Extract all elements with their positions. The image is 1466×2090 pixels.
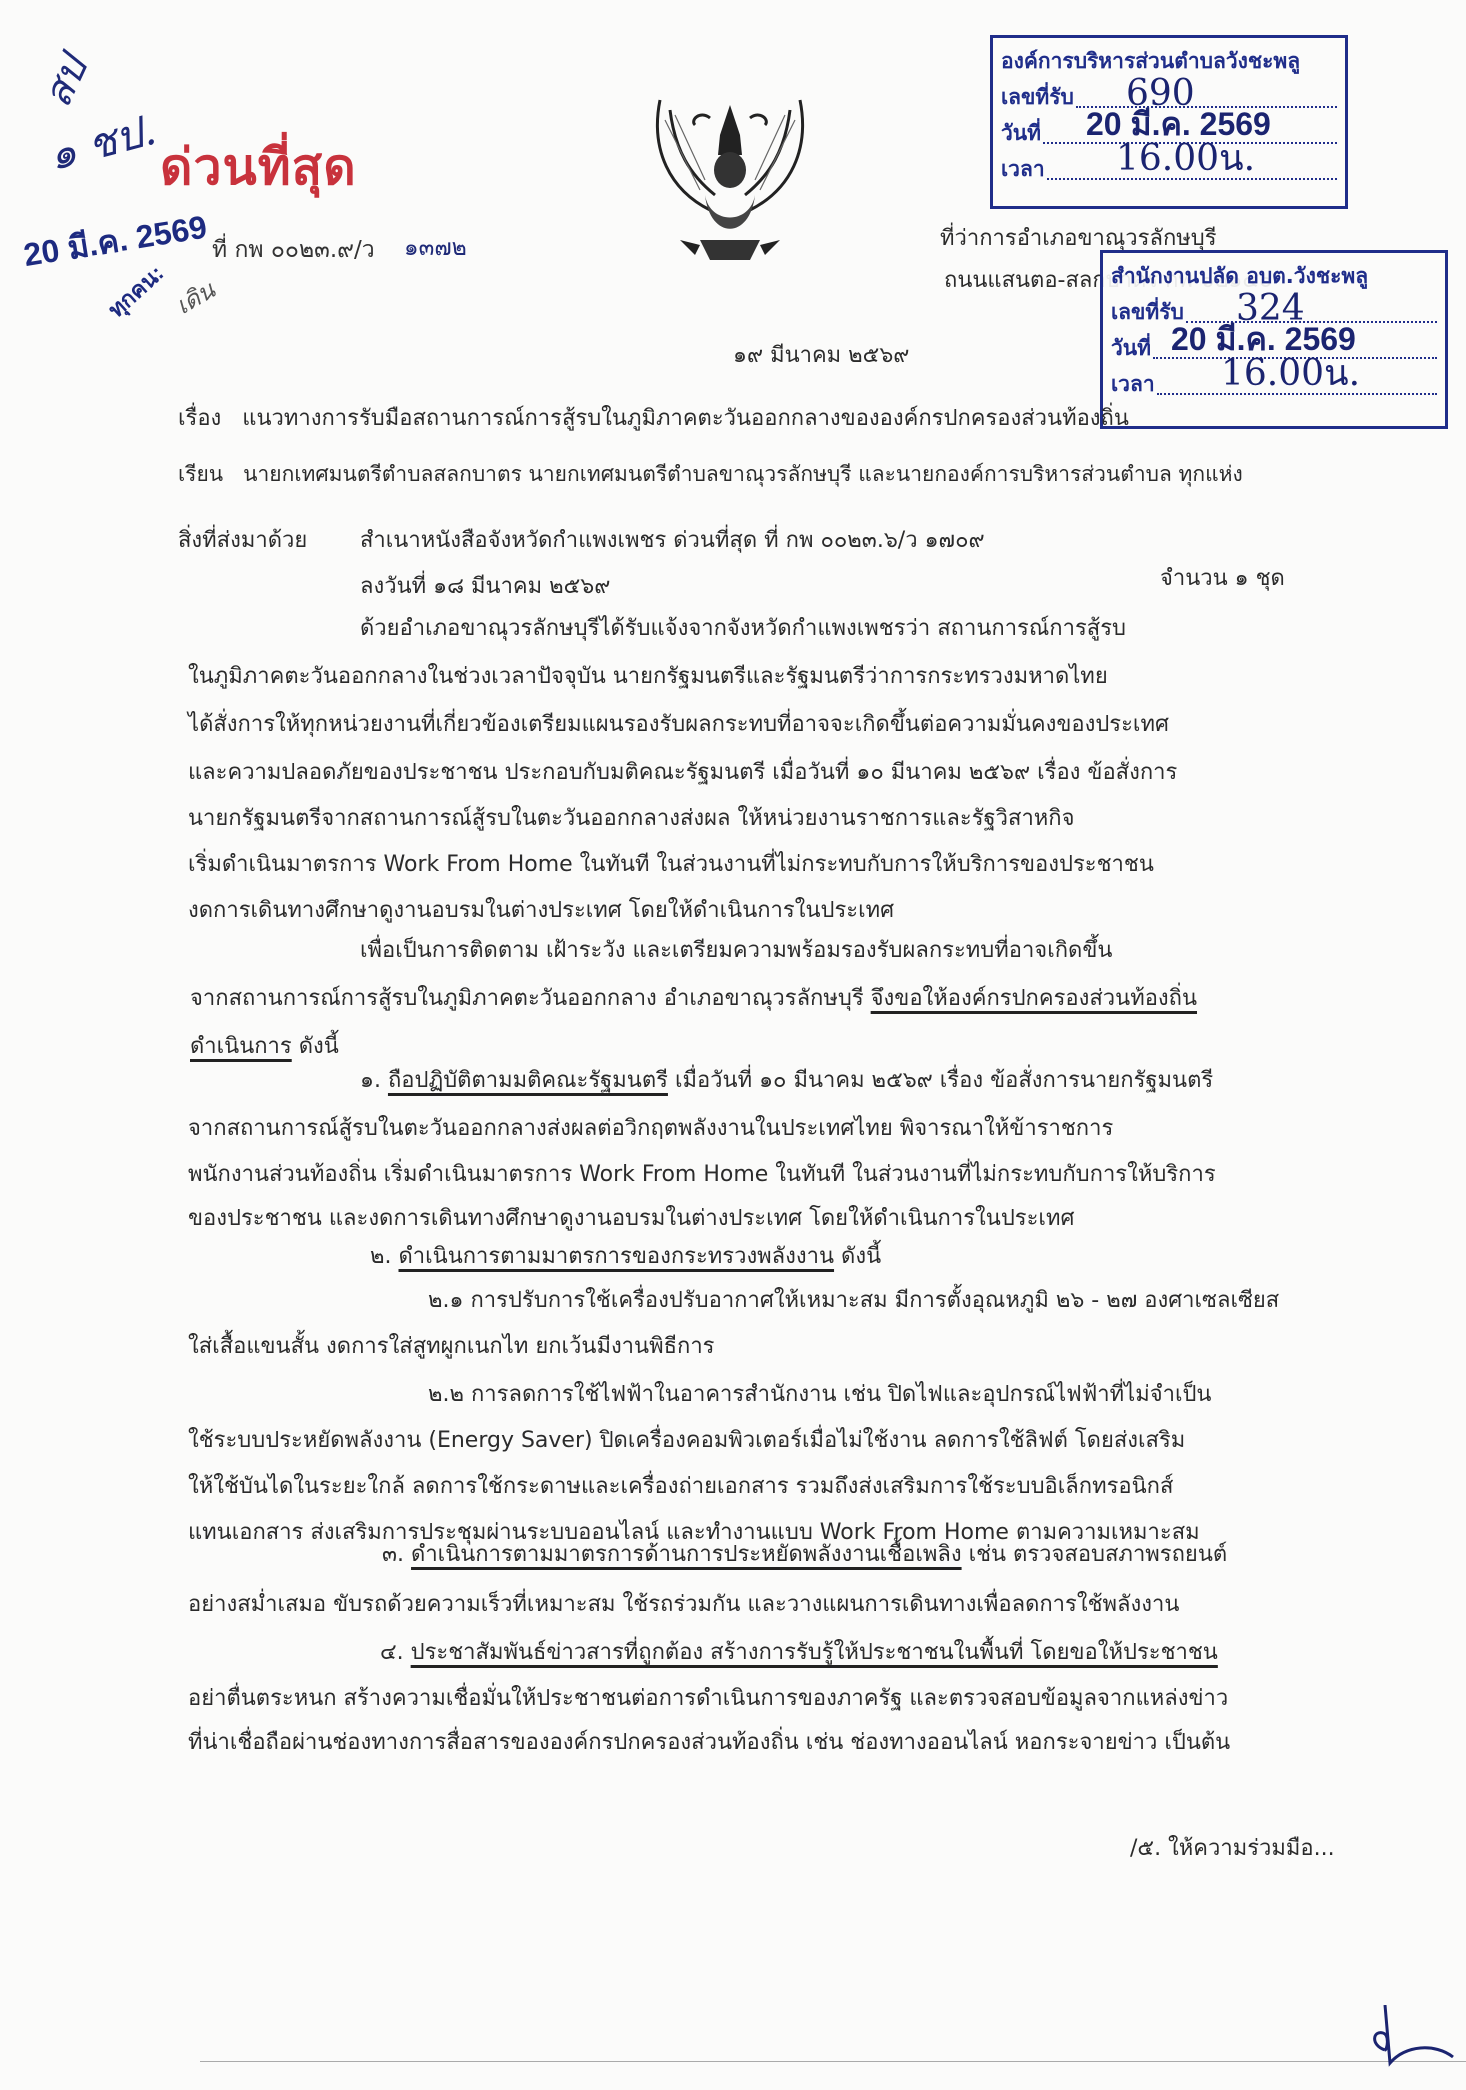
item-1-line: พนักงานส่วนท้องถิ่น เริ่มดำเนินมาตรการ W… [188, 1156, 1216, 1191]
enclosure-line2: ลงวันที่ ๑๘ มีนาคม ๒๕๖๙ [360, 568, 610, 603]
continuation-note: /๕. ให้ความร่วมมือ... [1130, 1838, 1335, 1860]
paragraph-line: งดการเดินทางศึกษาดูงานอบรมในต่างประเทศ โ… [188, 892, 894, 927]
item-1-heading-line: ๑. ถือปฏิบัติตามมติคณะรัฐมนตรี เมื่อวันท… [360, 1062, 1213, 1097]
item-2-line: ใส่เสื้อแขนสั้น งดการใส่สูทผูกเนกไท ยกเว… [188, 1328, 715, 1363]
text: จากสถานการณ์การสู้รบในภูมิภาคตะวันออกกลา… [190, 986, 871, 1011]
item-number: ๔. [380, 1640, 411, 1665]
receipt-stamp-1: องค์การบริหารส่วนตำบลวังชะพลู เลขที่รับ … [990, 35, 1348, 209]
paragraph-purpose-line2: จากสถานการณ์การสู้รบในภูมิภาคตะวันออกกลา… [190, 980, 1197, 1015]
enclosure-line1: สำเนาหนังสือจังหวัดกำแพงเพชร ด่วนที่สุด … [360, 522, 985, 557]
item-1-line: จากสถานการณ์สู้รบในตะวันออกกลางส่งผลต่อว… [188, 1110, 1113, 1145]
subject: เรื่อง แนวทางการรับมือสถานการณ์การสู้รบใ… [178, 400, 1129, 435]
garuda-emblem-icon [640, 80, 820, 270]
initials-signature-icon [1365, 2005, 1460, 2070]
underlined-request: จึงขอให้องค์กรปกครองส่วนท้องถิ่น [871, 986, 1197, 1011]
document-number: ที่ กพ ๐๐๒๓.๙/ว [212, 232, 375, 268]
item-number: ๑. [360, 1068, 388, 1093]
text: เมื่อวันที่ ๑๐ มีนาคม ๒๕๖๙ เรื่อง ข้อสั่… [668, 1068, 1213, 1093]
stamp-time: เวลา 16.00น. [1001, 150, 1337, 186]
handwritten-top-note: สป [25, 45, 104, 117]
subject-text: แนวทางการรับมือสถานการณ์การสู้รบในภูมิภา… [242, 406, 1129, 431]
paragraph-line: และความปลอดภัยของประชาชน ประกอบกับมติคณะ… [188, 754, 1177, 789]
enclosure-label: สิ่งที่ส่งมาด้วย [178, 522, 307, 557]
stamp-time: เวลา 16.00น. [1111, 365, 1437, 401]
item-number: ๒. [370, 1244, 399, 1269]
text: ดังนี้ [292, 1034, 339, 1059]
paragraph-line: เริ่มดำเนินมาตรการ Work From Home ในทันท… [188, 846, 1154, 881]
item-2-line: ๒.๒ การลดการใช้ไฟฟ้าในอาคารสำนักงาน เช่น… [428, 1376, 1211, 1411]
item-heading: ถือปฏิบัติตามมติคณะรัฐมนตรี [388, 1068, 668, 1093]
underlined-action: ดำเนินการ [190, 1034, 292, 1059]
item-4-line: อย่าตื่นตระหนก สร้างความเชื่อมั่นให้ประช… [188, 1680, 1228, 1715]
item-4-heading-line: ๔. ประชาสัมพันธ์ข่าวสารที่ถูกต้อง สร้างก… [380, 1634, 1218, 1669]
item-heading: ดำเนินการตามมาตรการของกระทรวงพลังงาน [399, 1244, 835, 1269]
document-number-handwritten: ๑๓๗๒ [404, 230, 467, 266]
text: ดังนี้ [834, 1244, 881, 1269]
item-3-heading-line: ๓. ดำเนินการตามมาตรการด้านการประหยัดพลัง… [382, 1536, 1227, 1571]
handwritten-side-note: ๑ ชป. [41, 97, 163, 189]
item-4-line: ที่น่าเชื่อถือผ่านช่องทางการสื่อสารขององ… [188, 1724, 1230, 1759]
item-2-line: ใช้ระบบประหยัดพลังงาน (Energy Saver) ปิด… [188, 1422, 1185, 1457]
paragraph-line: ด้วยอำเภอขาณุวรลักษบุรีได้รับแจ้งจากจังห… [360, 610, 1126, 645]
item-number: ๓. [382, 1542, 411, 1567]
assigned-signature: เดิน [168, 271, 222, 325]
item-1-line: ของประชาชน และงดการเดินทางศึกษาดูงานอบรม… [188, 1200, 1074, 1235]
text: เช่น ตรวจสอบสภาพรถยนต์ [962, 1542, 1228, 1567]
paragraph-purpose-line1: เพื่อเป็นการติดตาม เฝ้าระวัง และเตรียมคว… [360, 932, 1112, 967]
paragraph-line: นายกรัฐมนตรีจากสถานการณ์สู้รบในตะวันออกก… [188, 800, 1075, 835]
paragraph-line: ในภูมิภาคตะวันออกกลางในช่วงเวลาปัจจุบัน … [188, 658, 1108, 693]
recipient-label: เรียน [178, 462, 223, 486]
paragraph-purpose-line3: ดำเนินการ ดังนี้ [190, 1028, 339, 1063]
item-2-line: ให้ใช้บันไดในระยะใกล้ ลดการใช้กระดาษและเ… [188, 1468, 1173, 1503]
enclosure-quantity: จำนวน ๑ ชุด [1160, 560, 1285, 595]
item-heading: ดำเนินการตามมาตรการด้านการประหยัดพลังงาน… [411, 1542, 962, 1567]
sender-office: ที่ว่าการอำเภอขาณุวรลักษบุรี [940, 228, 1217, 250]
recipient-text: นายกเทศมนตรีตำบลสลกบาตร นายกเทศมนตรีตำบล… [243, 462, 1243, 486]
paragraph-line: ได้สั่งการให้ทุกหน่วยงานที่เกี่ยวข้องเตร… [188, 706, 1169, 741]
document-date: ๑๙ มีนาคม ๒๕๖๙ [733, 345, 909, 367]
item-heading: ประชาสัมพันธ์ข่าวสารที่ถูกต้อง สร้างการร… [411, 1640, 1218, 1665]
item-3-line2: อย่างสม่ำเสมอ ขับรถด้วยความเร็วที่เหมาะส… [188, 1586, 1179, 1621]
subject-label: เรื่อง [178, 406, 221, 431]
urgency-stamp: ด่วนที่สุด [160, 128, 357, 207]
receipt-stamp-2: สำนักงานปลัด อบต.วังชะพลู เลขที่รับ 324 … [1100, 250, 1448, 429]
recipient: เรียน นายกเทศมนตรีตำบลสลกบาตร นายกเทศมนต… [178, 458, 1243, 491]
item-2-line: ๒.๑ การปรับการใช้เครื่องปรับอากาศให้เหมา… [428, 1282, 1279, 1317]
received-date-stamp: 20 มี.ค. 2569 [20, 202, 211, 281]
footer-line [200, 2061, 1466, 2062]
item-2-heading-line: ๒. ดำเนินการตามมาตรการของกระทรวงพลังงาน … [370, 1238, 881, 1273]
